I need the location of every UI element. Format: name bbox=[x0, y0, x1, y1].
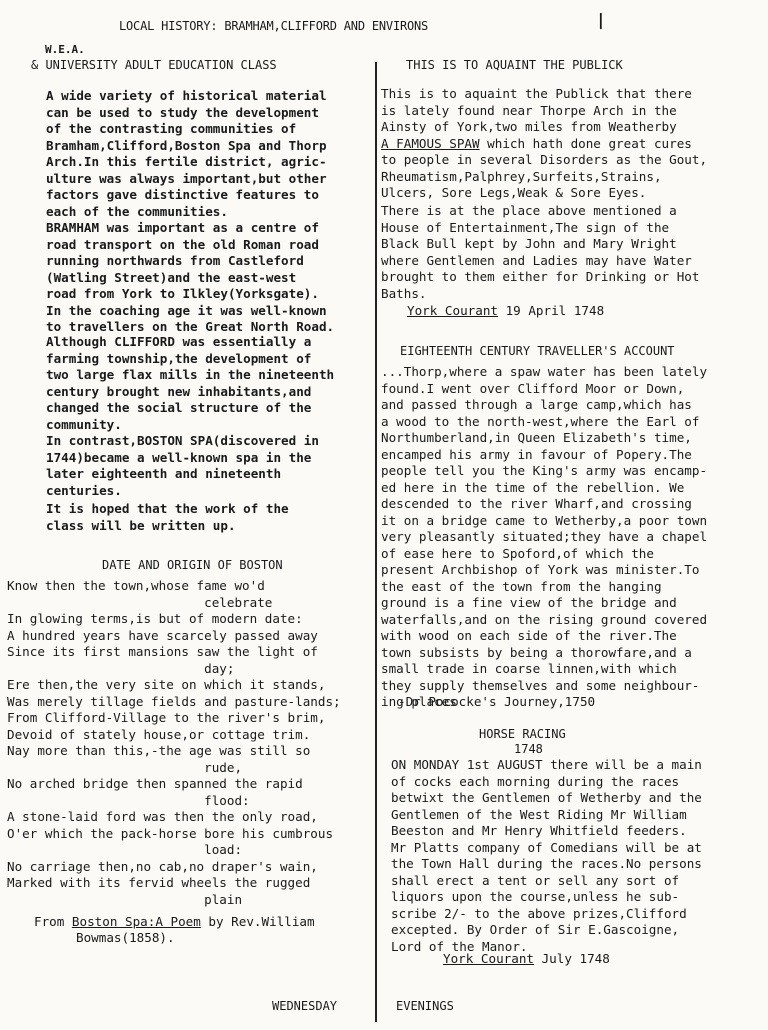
text-line: 1744)became a well-known spa in the bbox=[46, 450, 319, 467]
text-line: changed the social structure of the bbox=[46, 400, 334, 417]
text-line: a wood to the north-west,where the Earl … bbox=[381, 414, 707, 431]
page-title: LOCAL HISTORY: BRAMHAM,CLIFFORD AND ENVI… bbox=[119, 18, 428, 35]
text-line: Nay more than this,-the age was still so bbox=[7, 743, 341, 760]
text-line: descended to the river Wharf,and crossin… bbox=[381, 496, 707, 513]
text-line: ed here in the time of the rebellion. We bbox=[381, 480, 707, 497]
text-line: excepted. By Order of Sir E.Gascoigne, bbox=[391, 922, 702, 939]
text-line: No arched bridge then spanned the rapid bbox=[7, 776, 341, 793]
text-line: No carriage then,no cab,no draper's wain… bbox=[7, 859, 341, 876]
footer-right: EVENINGS bbox=[396, 998, 454, 1015]
text-line: can be used to study the development bbox=[46, 105, 327, 122]
notice-lines-after: to people in several Disorders as the Go… bbox=[381, 152, 707, 202]
text-line: scribe 2/- to the above prizes,Clifford bbox=[391, 906, 702, 923]
source2-title: York Courant bbox=[443, 951, 534, 966]
page-mark: | bbox=[596, 12, 606, 29]
text-line: century brought new inhabitants,and bbox=[46, 384, 334, 401]
text-line: In contrast,BOSTON SPA(discovered in bbox=[46, 433, 319, 450]
text-line: Know then the town,whose fame wo'd bbox=[7, 578, 341, 595]
text-line: shall erect a tent or sell any sort of bbox=[391, 873, 702, 890]
text-line: of ease here to Spoford,of which the bbox=[381, 546, 707, 563]
source1: York Courant 19 April 1748 bbox=[407, 303, 604, 320]
text-line: O'er which the pack-horse bore his cumbr… bbox=[7, 826, 341, 843]
bramham-paragraph: BRAMHAM was important as a centre ofroad… bbox=[46, 220, 334, 336]
text-line: factors gave distinctive features to bbox=[46, 187, 327, 204]
text-line: running northwards from Castleford bbox=[46, 253, 334, 270]
text-line: and passed through a large camp,which ha… bbox=[381, 397, 707, 414]
text-line: Baths. bbox=[381, 286, 699, 303]
text-line: to people in several Disorders as the Go… bbox=[381, 152, 707, 169]
text-line: Black Bull kept by John and Mary Wright bbox=[381, 236, 699, 253]
text-line: There is at the place above mentioned a bbox=[381, 203, 699, 220]
text-line: two large flax mills in the nineteenth bbox=[46, 367, 334, 384]
source1-title: York Courant bbox=[407, 303, 498, 318]
text-line: Gentlemen of the West Riding Mr William bbox=[391, 807, 702, 824]
text-line: present Archbishop of York was minister.… bbox=[381, 562, 707, 579]
text-line: (Watling Street)and the east-west bbox=[46, 270, 334, 287]
intro-paragraph: A wide variety of historical materialcan… bbox=[46, 88, 327, 220]
text-line: road transport on the old Roman road bbox=[46, 237, 334, 254]
text-line: each of the communities. bbox=[46, 204, 327, 221]
notice-lines-before: This is to aquaint the Publick that ther… bbox=[381, 86, 692, 136]
text-line: plain bbox=[7, 892, 341, 909]
text-line: Northumberland,in Queen Elizabeth's time… bbox=[381, 430, 707, 447]
text-line: community. bbox=[46, 417, 334, 434]
text-line: Mr Platts company of Comedians will be a… bbox=[391, 840, 702, 857]
text-line: This is to aquaint the Publick that ther… bbox=[381, 86, 692, 103]
text-line: Arch.In this fertile district, agric- bbox=[46, 154, 327, 171]
boston-paragraph: In contrast,BOSTON SPA(discovered in1744… bbox=[46, 433, 319, 499]
poem-source-title: Boston Spa:A Poem bbox=[72, 914, 201, 929]
text-line: Rheumatism,Palphrey,Surfeits,Strains, bbox=[381, 169, 707, 186]
text-line: people tell you the King's army was enca… bbox=[381, 463, 707, 480]
org-line: & UNIVERSITY ADULT EDUCATION CLASS bbox=[31, 57, 277, 74]
clifford-paragraph: Although CLIFFORD was essentially afarmi… bbox=[46, 334, 334, 433]
text-line: town subsists by being a thorowfare,and … bbox=[381, 645, 707, 662]
text-line: A hundred years have scarcely passed awa… bbox=[7, 628, 341, 645]
text-line: House of Entertainment,The sign of the bbox=[381, 220, 699, 237]
house-paragraph: There is at the place above mentioned aH… bbox=[381, 203, 699, 302]
text-line: with wood on each side of the river.The bbox=[381, 628, 707, 645]
text-line: load: bbox=[7, 842, 341, 859]
text-line: of the contrasting communities of bbox=[46, 121, 327, 138]
text-line: ulture was always important,but other bbox=[46, 171, 327, 188]
text-line: It is hoped that the work of the bbox=[46, 501, 289, 518]
footer-left: WEDNESDAY bbox=[272, 998, 337, 1015]
text-line: From Clifford-Village to the river's bri… bbox=[7, 710, 341, 727]
text-line: Was merely tillage fields and pasture-la… bbox=[7, 694, 341, 711]
text-line: it on a bridge came to Wetherby,a poor t… bbox=[381, 513, 707, 530]
text-line: In the coaching age it was well-known bbox=[46, 303, 334, 320]
poem-heading: DATE AND ORIGIN OF BOSTON bbox=[102, 557, 283, 574]
text-line: they supply themselves and some neighbou… bbox=[381, 678, 707, 695]
racing-year: 1748 bbox=[514, 741, 543, 758]
source1-date: 19 April 1748 bbox=[498, 303, 604, 318]
text-line: ground is a fine view of the bridge and bbox=[381, 595, 707, 612]
text-line: celebrate bbox=[7, 595, 341, 612]
text-line: Devoid of stately house,or cottage trim. bbox=[7, 727, 341, 744]
text-line: Ulcers, Sore Legs,Weak & Sore Eyes. bbox=[381, 185, 707, 202]
racing-paragraph: ON MONDAY 1st AUGUST there will be a mai… bbox=[391, 757, 702, 955]
text-line: In glowing terms,is but of modern date: bbox=[7, 611, 341, 628]
source2-date: July 1748 bbox=[534, 951, 610, 966]
traveller-paragraph: ...Thorp,where a spaw water has been lat… bbox=[381, 364, 707, 711]
text-line: of cocks each morning during the races bbox=[391, 774, 702, 791]
text-line: found.I went over Clifford Moor or Down, bbox=[381, 381, 707, 398]
text-line: centuries. bbox=[46, 483, 319, 500]
source2: York Courant July 1748 bbox=[443, 951, 610, 968]
famous-spaw: A FAMOUS SPAW bbox=[381, 136, 480, 151]
traveller-source: -Dr Pococke's Journey,1750 bbox=[398, 694, 595, 711]
text-line: the Town Hall during the races.No person… bbox=[391, 856, 702, 873]
text-line: Since its first mansions saw the light o… bbox=[7, 644, 341, 661]
text-line: betwixt the Gentlemen of Wetherby and th… bbox=[391, 790, 702, 807]
text-line: rude, bbox=[7, 760, 341, 777]
text-line: BRAMHAM was important as a centre of bbox=[46, 220, 334, 237]
text-line: very pleasantly situated;they have a cha… bbox=[381, 529, 707, 546]
poem-source-suffix: by Rev.William bbox=[201, 914, 315, 929]
text-line: A wide variety of historical material bbox=[46, 88, 327, 105]
text-line: liquors upon the course,unless he sub- bbox=[391, 889, 702, 906]
text-line: farming township,the development of bbox=[46, 351, 334, 368]
text-line: the east of the town from the hanging bbox=[381, 579, 707, 596]
poem-source: From Boston Spa:A Poem by Rev.William bbox=[34, 914, 315, 931]
text-line: A stone-laid ford was then the only road… bbox=[7, 809, 341, 826]
publick-heading: THIS IS TO AQUAINT THE PUBLICK bbox=[406, 57, 623, 74]
notice-famous-line: A FAMOUS SPAW which hath done great cure… bbox=[381, 136, 692, 153]
text-line: Bramham,Clifford,Boston Spa and Thorp bbox=[46, 138, 327, 155]
column-divider bbox=[375, 62, 377, 1022]
text-line: ON MONDAY 1st AUGUST there will be a mai… bbox=[391, 757, 702, 774]
text-line: Ere then,the very site on which it stand… bbox=[7, 677, 341, 694]
poem-source-line2: Bowmas(1858). bbox=[76, 930, 175, 947]
traveller-heading: EIGHTEENTH CENTURY TRAVELLER'S ACCOUNT bbox=[400, 343, 675, 360]
famous-spaw-rest: which hath done great cures bbox=[480, 136, 692, 151]
text-line: brought to them either for Drinking or H… bbox=[381, 269, 699, 286]
text-line: Marked with its fervid wheels the rugged bbox=[7, 875, 341, 892]
text-line: encamped his army in favour of Popery.Th… bbox=[381, 447, 707, 464]
poem-lines: Know then the town,whose fame wo'd celeb… bbox=[7, 578, 341, 908]
text-line: where Gentlemen and Ladies may have Wate… bbox=[381, 253, 699, 270]
text-line: class will be written up. bbox=[46, 518, 289, 535]
text-line: Beeston and Mr Henry Whitfield feeders. bbox=[391, 823, 702, 840]
text-line: road from York to Ilkley(Yorksgate). bbox=[46, 286, 334, 303]
text-line: flood: bbox=[7, 793, 341, 810]
poem-source-prefix: From bbox=[34, 914, 72, 929]
text-line: later eighteenth and nineteenth bbox=[46, 466, 319, 483]
text-line: ...Thorp,where a spaw water has been lat… bbox=[381, 364, 707, 381]
text-line: Although CLIFFORD was essentially a bbox=[46, 334, 334, 351]
text-line: small trade in coarse linnen,with which bbox=[381, 661, 707, 678]
hope-paragraph: It is hoped that the work of theclass wi… bbox=[46, 501, 289, 534]
text-line: waterfalls,and on the rising ground cove… bbox=[381, 612, 707, 629]
text-line: is lately found near Thorpe Arch in the bbox=[381, 103, 692, 120]
text-line: Ainsty of York,two miles from Weatherby bbox=[381, 119, 692, 136]
text-line: day; bbox=[7, 661, 341, 678]
